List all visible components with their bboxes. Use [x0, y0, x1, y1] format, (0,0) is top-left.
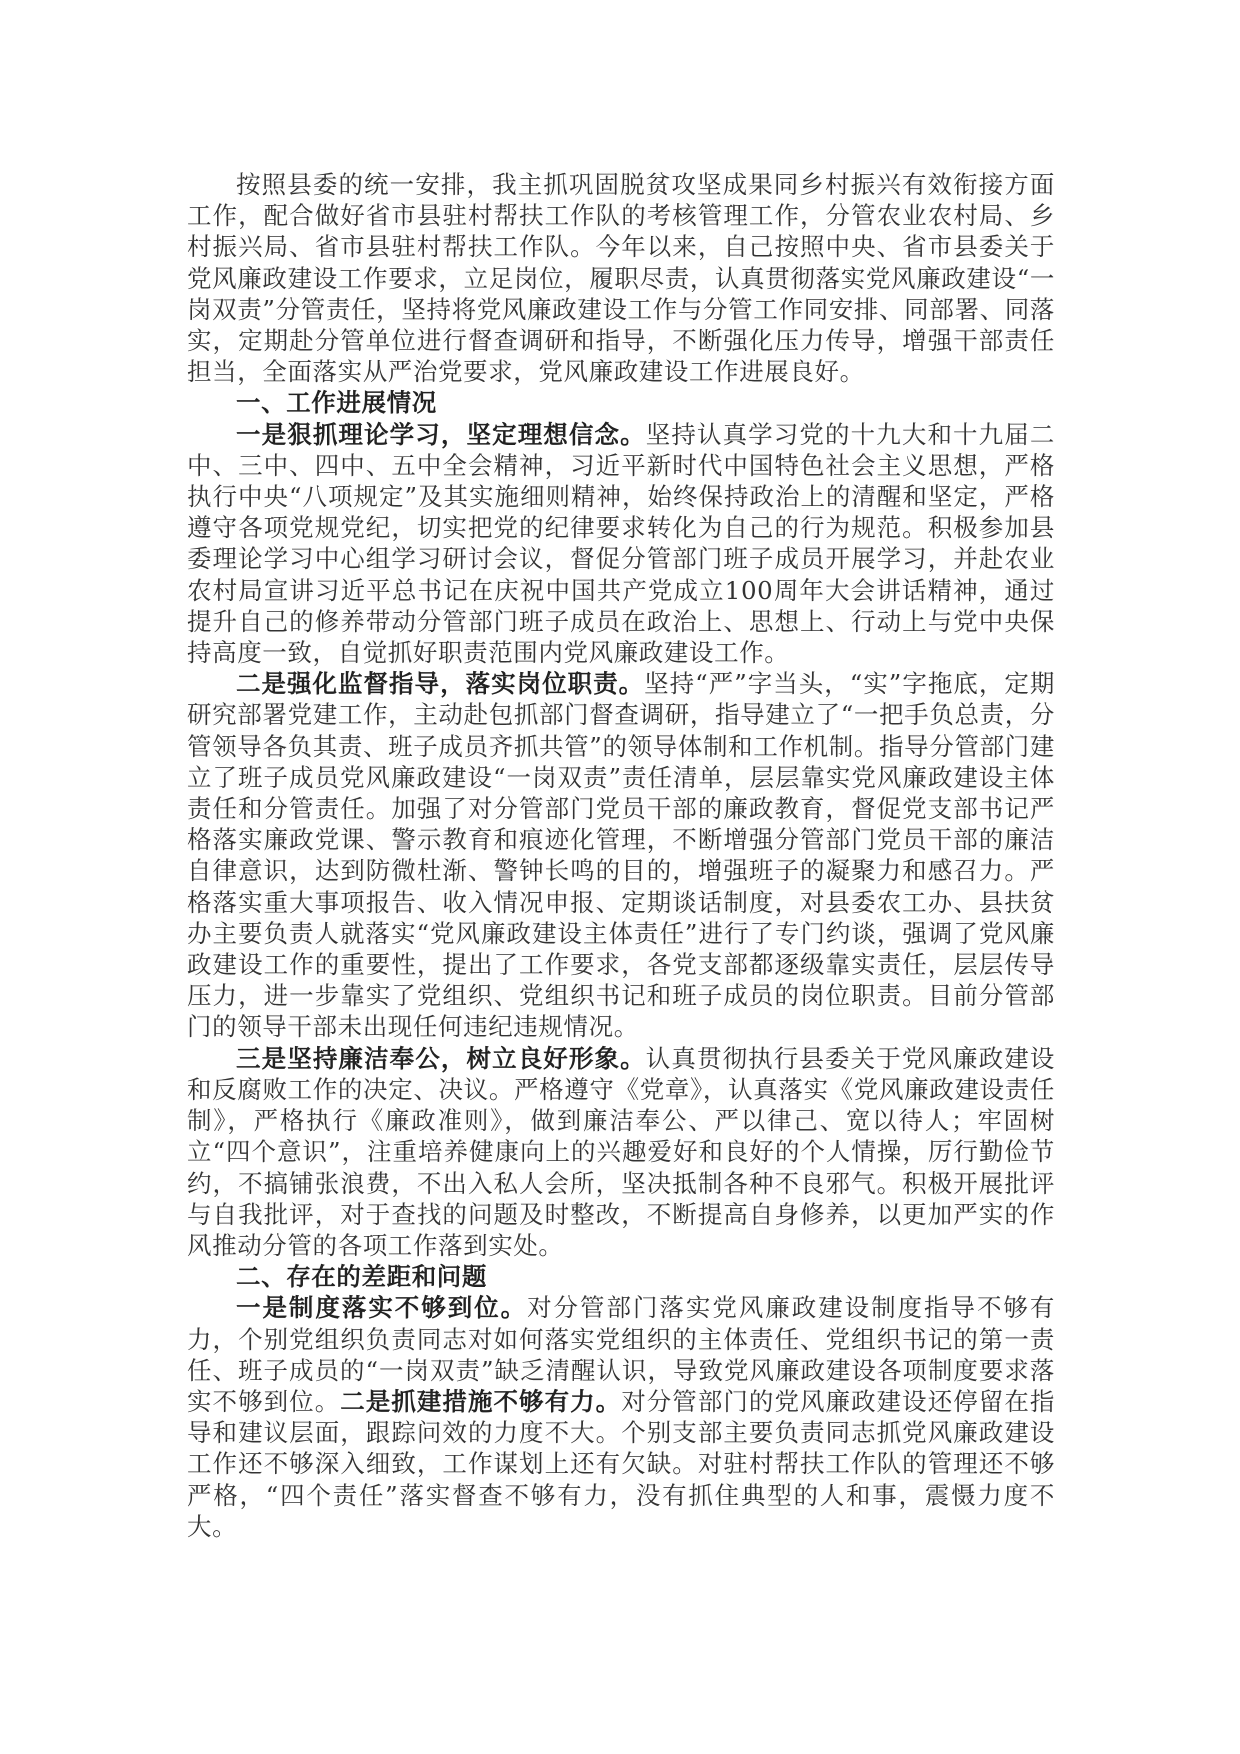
item-lead: 二是强化监督指导，落实岗位职责。	[236, 669, 644, 698]
problem-lead-1: 一是制度落实不够到位。	[236, 1293, 527, 1322]
section-heading-progress: 一、工作进展情况	[187, 387, 1055, 418]
item-body: 坚持认真学习党的十九大和十九届二中、三中、四中、五中全会精神，习近平新时代中国特…	[187, 420, 1055, 667]
problems-paragraph: 一是制度落实不够到位。对分管部门落实党风廉政建设制度指导不够有力，个别党组织负责…	[187, 1292, 1055, 1542]
problem-lead-2: 二是抓建措施不够有力。	[340, 1387, 621, 1416]
section-heading-problems: 二、存在的差距和问题	[187, 1261, 1055, 1292]
progress-item-3: 三是坚持廉洁奉公，树立良好形象。认真贯彻执行县委关于党风廉政建设和反腐败工作的决…	[187, 1043, 1055, 1261]
item-body: 坚持“严”字当头，“实”字拖底，定期研究部署党建工作，主动赴包抓部门督查调研，指…	[187, 669, 1055, 1041]
item-body: 认真贯彻执行县委关于党风廉政建设和反腐败工作的决定、决议。严格遵守《党章》，认真…	[187, 1044, 1055, 1260]
progress-item-2: 二是强化监督指导，落实岗位职责。坚持“严”字当头，“实”字拖底，定期研究部署党建…	[187, 668, 1055, 1042]
progress-item-1: 一是狠抓理论学习，坚定理想信念。坚持认真学习党的十九大和十九届二中、三中、四中、…	[187, 419, 1055, 669]
item-lead: 一是狠抓理论学习，坚定理想信念。	[236, 420, 646, 449]
item-lead: 三是坚持廉洁奉公，树立良好形象。	[236, 1044, 646, 1073]
intro-paragraph: 按照县委的统一安排，我主抓巩固脱贫攻坚成果同乡村振兴有效衔接方面工作，配合做好省…	[187, 169, 1055, 387]
document-page: 按照县委的统一安排，我主抓巩固脱贫攻坚成果同乡村振兴有效衔接方面工作，配合做好省…	[187, 169, 1055, 1542]
